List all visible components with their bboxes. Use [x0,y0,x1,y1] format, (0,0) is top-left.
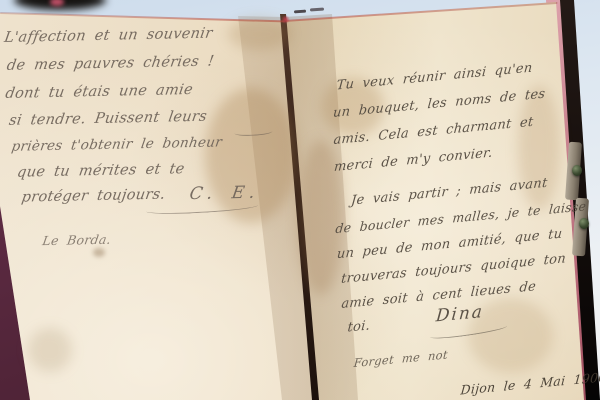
handwriting-line: protéger toujours. [20,187,166,206]
edge-ink-mark [310,8,324,12]
pen-flourish [234,128,272,137]
signature-right: Dina [435,302,485,327]
handwriting-line: dont tu étais une amie [4,82,194,102]
handwriting-line: toi. [347,318,371,335]
handwriting-line: L'affection et un souvenir [3,26,214,46]
handwriting-line: prières t'obtenir le bonheur [10,134,223,154]
handwriting-line: que tu mérites et te [16,161,186,181]
handwriting-line: amis. Cela est charmant et [333,115,534,148]
handwriting-line: Tu veux réunir ainsi qu'en [336,61,533,94]
photo-scene: L'affection et un souvenir de mes pauvre… [0,0,600,400]
signature-flourish [146,201,258,216]
closing-forget-me-not: Forget me not [353,347,448,370]
signature-left: C. E. [188,183,261,205]
stain [28,328,72,372]
handwriting-right: Tu veux réunir ainsi qu'en un bouquet, l… [318,34,600,400]
handwriting-line: si tendre. Puissent leurs [8,109,208,129]
handwriting-line: merci de m'y convier. [333,145,493,175]
handwriting-left: L'affection et un souvenir de mes pauvre… [0,16,298,292]
dateline: Dijon le 4 Mai 1900 [460,369,600,397]
note-le-borda: Le Borda. [41,232,112,248]
handwriting-line: de mes pauvres chéries ! [6,53,216,73]
edge-ink-mark [294,10,306,14]
right-page-top-edge [285,2,558,22]
